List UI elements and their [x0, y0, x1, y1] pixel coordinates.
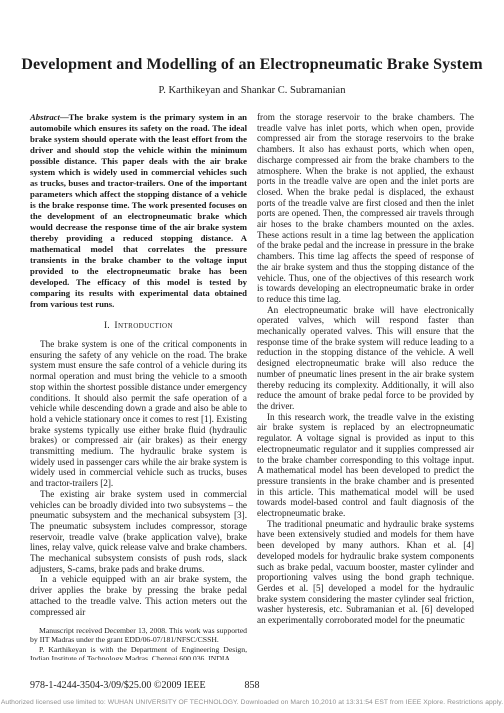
paragraph-intro-3: In a vehicle equipped with an air brake …: [30, 574, 247, 617]
ieee-xplore-license-line: Authorized licensed use limited to: WUHA…: [0, 699, 504, 706]
page-footer: 978-1-4244-3504-3/09/$25.00 ©2009 IEEE 8…: [0, 680, 504, 691]
section-title: Introduction: [114, 320, 173, 331]
paragraph-literature: The traditional pneumatic and hydraulic …: [257, 519, 474, 626]
footnote-author-1: P. Karthikeyan is with the Department of…: [30, 645, 247, 660]
abstract-text: —The brake system is the primary system …: [30, 112, 247, 309]
footnote-manuscript: Manuscript received December 13, 2008. T…: [30, 626, 247, 644]
section-number: I.: [104, 320, 110, 331]
paper-title: Development and Modelling of an Electrop…: [0, 0, 504, 74]
paragraph-intro-1: The brake system is one of the critical …: [30, 339, 247, 489]
paper-page: Development and Modelling of an Electrop…: [0, 0, 504, 713]
section-heading-introduction: I. Introduction: [30, 320, 247, 331]
abstract: Abstract—The brake system is the primary…: [30, 112, 247, 310]
paragraph-intro-2: The existing air brake system used in co…: [30, 489, 247, 575]
two-column-body: Abstract—The brake system is the primary…: [0, 112, 504, 660]
paragraph-electropneumatic: An electropneumatic brake will have elec…: [257, 305, 474, 412]
right-column: from the storage reservoir to the brake …: [257, 112, 474, 660]
paper-authors: P. Karthikeyan and Shankar C. Subramania…: [0, 85, 504, 96]
abstract-label: Abstract: [30, 112, 60, 122]
paragraph-continuation: from the storage reservoir to the brake …: [257, 112, 474, 305]
page-number: 858: [0, 680, 504, 691]
left-column: Abstract—The brake system is the primary…: [30, 112, 247, 660]
paragraph-research-work: In this research work, the treadle valve…: [257, 412, 474, 519]
author-footnote: Manuscript received December 13, 2008. T…: [30, 626, 247, 660]
